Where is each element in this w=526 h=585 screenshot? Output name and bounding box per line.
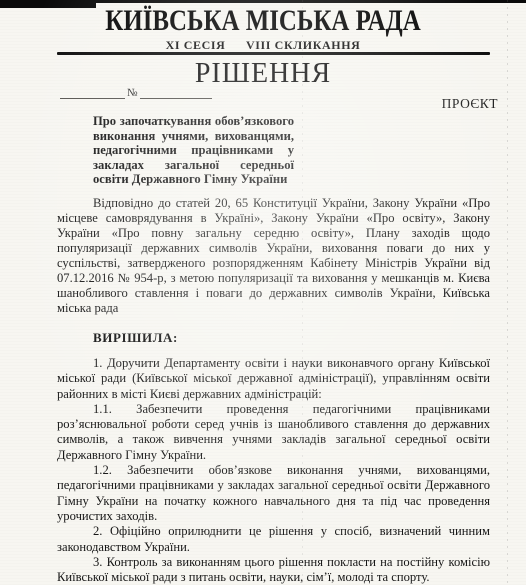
convocation-number: VIII СКЛИКАННЯ [246, 38, 360, 52]
resolution-item-2: 2. Офіційно оприлюднити це рішення у спо… [57, 524, 490, 555]
document-number-line: № [60, 87, 212, 99]
resolution-item-1-2: 1.2. Забезпечити обов’язкове виконання у… [57, 463, 490, 524]
subject-paragraph: Про започаткування обов’язкового виконан… [93, 114, 294, 187]
header-divider-rule [57, 52, 490, 55]
number-sign: № [125, 87, 140, 99]
session-line: XI СЕСІЯ VIII СКЛИКАННЯ [0, 38, 526, 53]
resolution-item-1-1: 1.1. Забезпечити проведення педагогічним… [57, 402, 490, 463]
preamble-paragraph: Відповідно до статей 20, 65 Конституції … [57, 196, 490, 316]
resolution-item-3: 3. Контроль за виконанням цього рішення … [57, 555, 490, 585]
session-number: XI СЕСІЯ [166, 38, 226, 52]
scanned-document-page: КИЇВСЬКА МІСЬКА РАДА XI СЕСІЯ VIII СКЛИК… [0, 0, 526, 585]
resolution-item-1: 1. Доручити Департаменту освіти і науки … [57, 356, 490, 402]
date-blank-line [60, 87, 125, 99]
document-type-title: РІШЕННЯ [0, 58, 526, 90]
org-name-text: КИЇВСЬКА МІСЬКА РАДА [105, 4, 420, 38]
number-blank-line [140, 87, 212, 99]
org-name-heading: КИЇВСЬКА МІСЬКА РАДА [0, 4, 526, 38]
resolution-heading: ВИРІШИЛА: [93, 330, 178, 346]
draft-label: ПРОЄКТ [442, 96, 498, 112]
resolution-items: 1. Доручити Департаменту освіти і науки … [57, 356, 490, 585]
